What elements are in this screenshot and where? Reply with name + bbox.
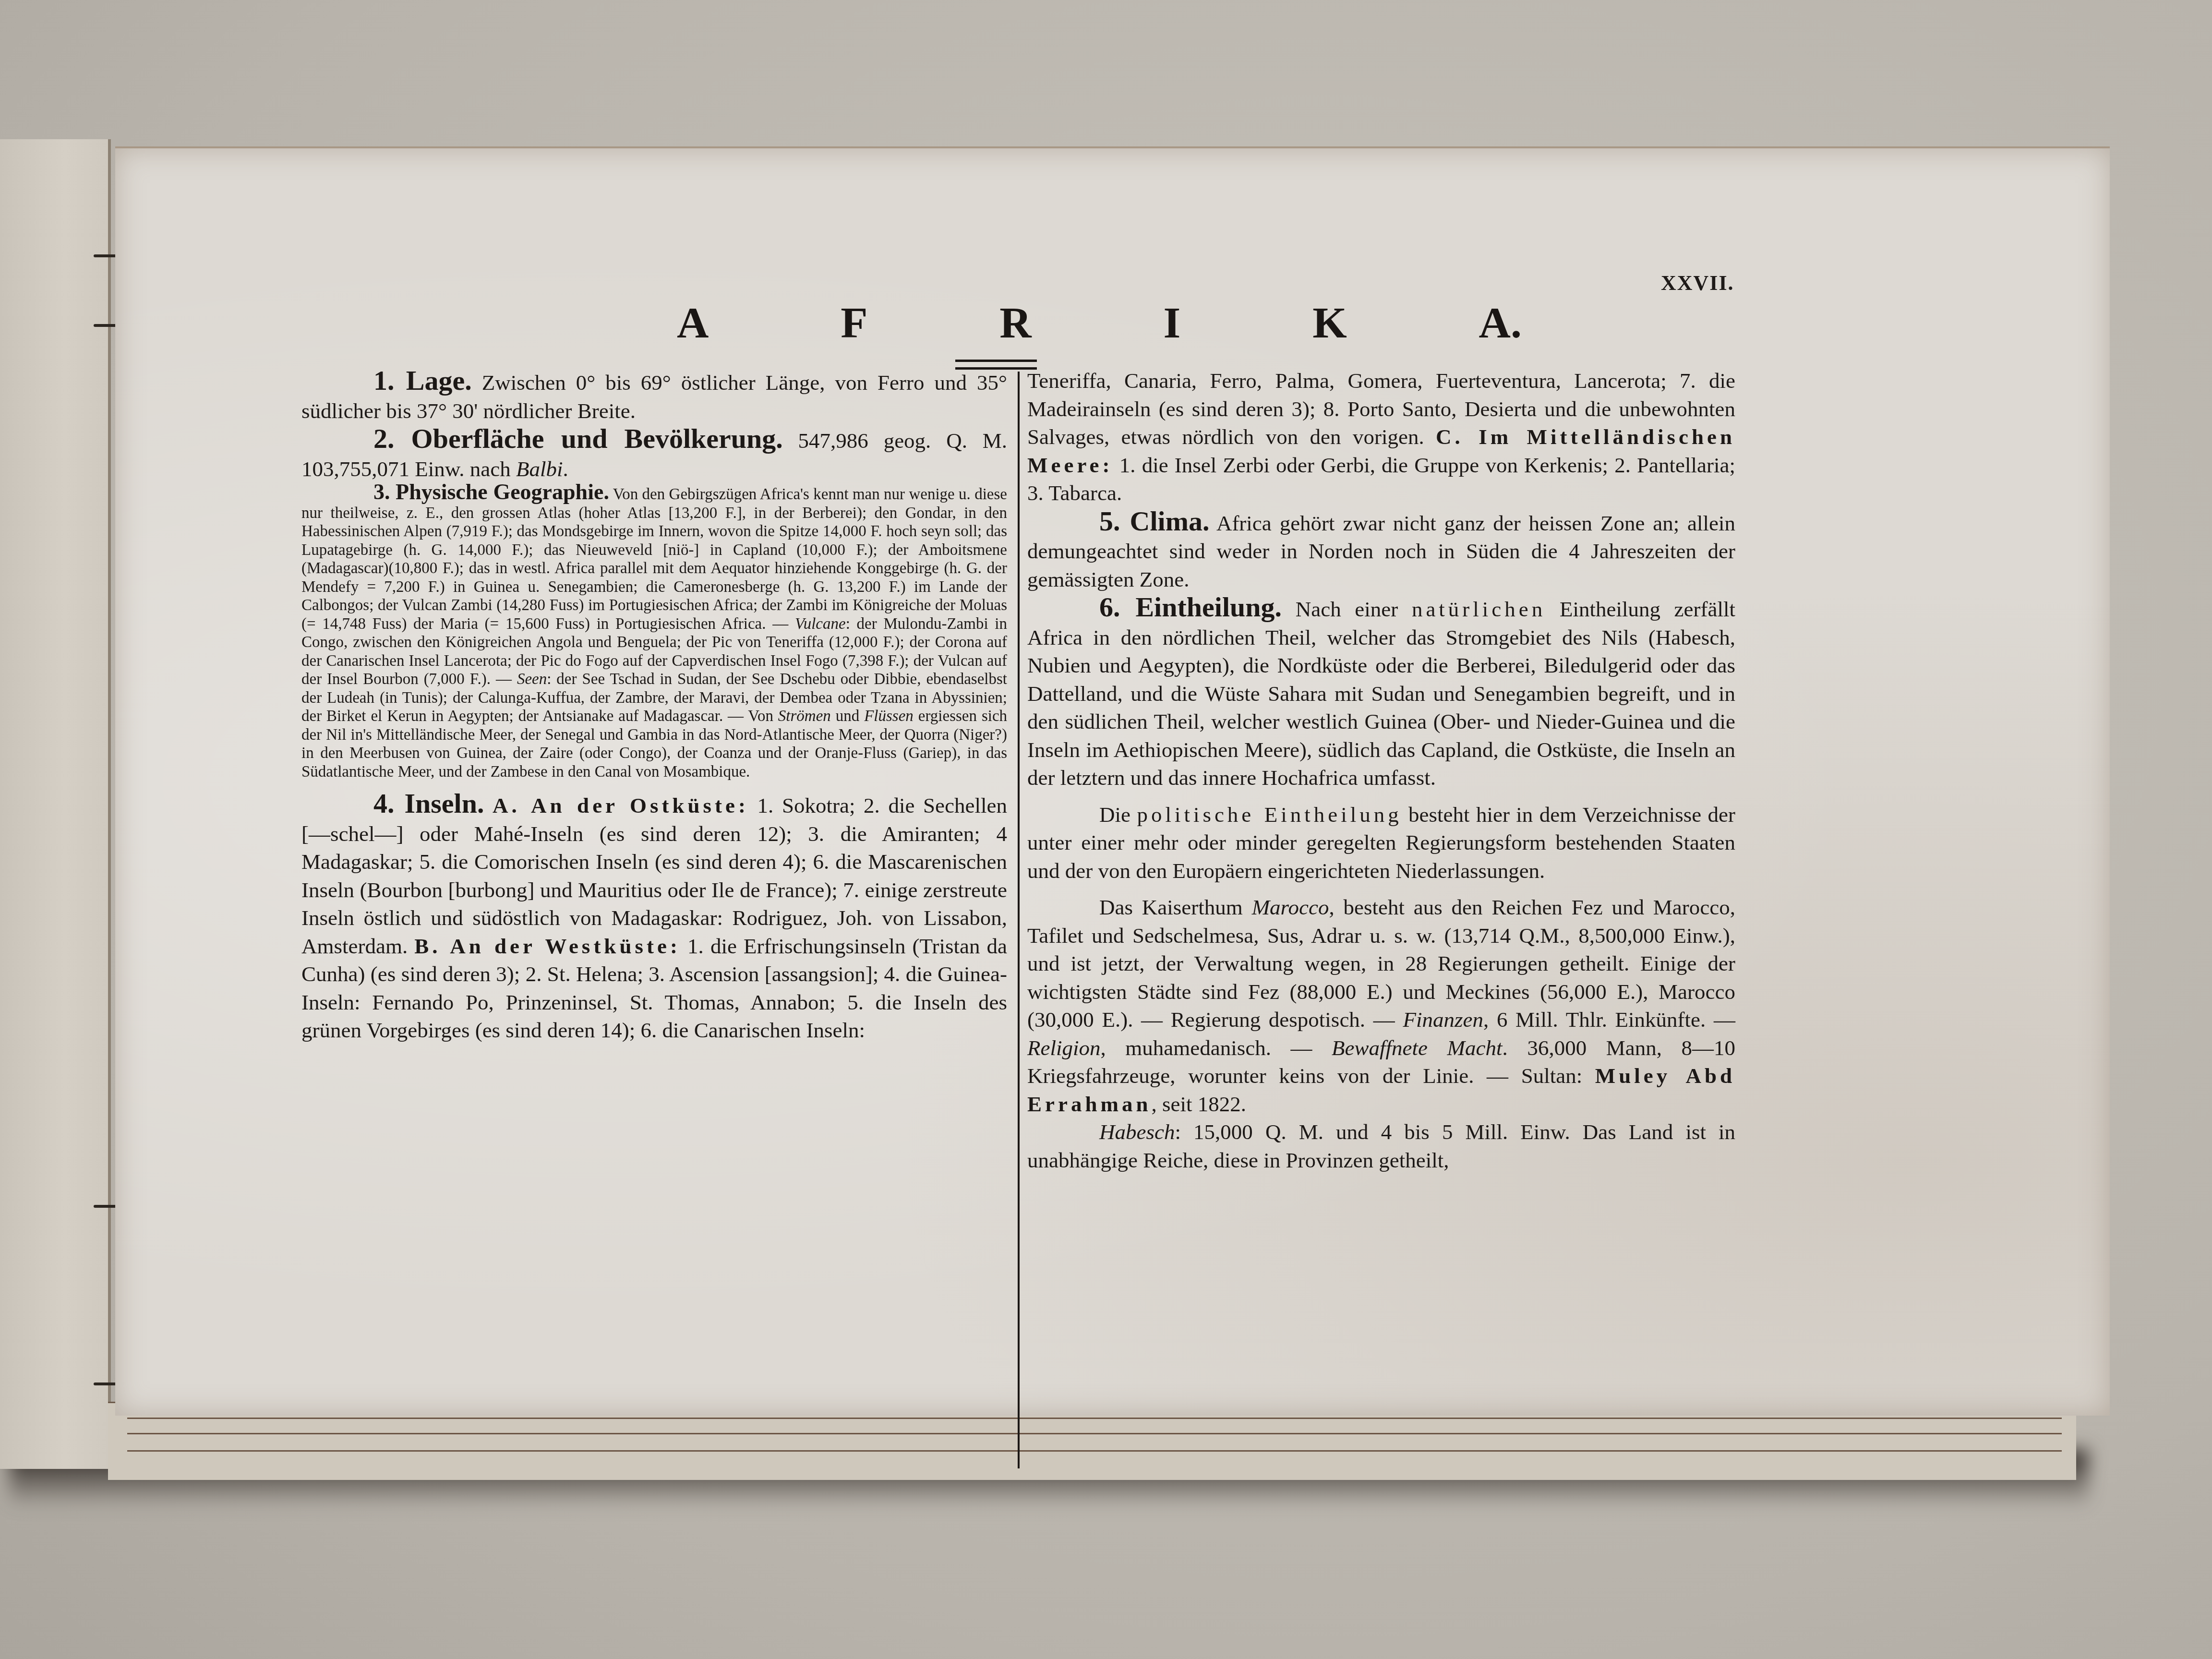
- section-inseln: 4. Inseln. A. An der Ostküste: 1. Sokotr…: [301, 790, 1007, 1045]
- title-letter: A: [677, 297, 709, 348]
- section-text: Von den Gebirgszügen Africa's kennt man …: [301, 486, 1007, 633]
- section-heading: 3. Physische Geographie.: [373, 480, 609, 504]
- book-page: XXVII. A F R I K A. 1. Lage. Zwischen 0°…: [115, 146, 2110, 1416]
- section-clima: 5. Clima. Africa gehört zwar nicht ganz …: [1027, 507, 1735, 594]
- right-column: Teneriffa, Canaria, Ferro, Palma, Gomera…: [1027, 367, 1735, 1174]
- title-letter: R: [999, 297, 1031, 348]
- title-letter: K: [1312, 297, 1347, 348]
- emphasis-politisch: politische Eintheilung: [1137, 803, 1402, 827]
- section-text: , 6 Mill. Thlr. Einkünfte. —: [1483, 1008, 1735, 1032]
- label-religion: Religion: [1027, 1036, 1100, 1060]
- section-oberflaeche: 2. Oberfläche und Bevölkerung. 547,986 g…: [301, 425, 1007, 483]
- paragraph-habesch: Habesch: 15,000 Q. M. und 4 bis 5 Mill. …: [1027, 1118, 1735, 1174]
- subheading-fluessen: Flüssen: [864, 708, 914, 725]
- binding-stitch: [94, 254, 117, 257]
- country-name: Habesch: [1099, 1120, 1175, 1144]
- section-eintheilung: 6. Eintheilung. Nach einer natürlichen E…: [1027, 593, 1735, 792]
- page-edge-line: [127, 1450, 2062, 1452]
- section-heading: 6. Eintheilung.: [1099, 591, 1282, 623]
- subheading-ostkueste: A. An der Ostküste:: [493, 793, 749, 817]
- label-finanzen: Finanzen: [1403, 1008, 1483, 1032]
- punctuation: .: [563, 457, 568, 481]
- column-divider: [1018, 372, 1020, 1468]
- subheading-seen: Seen: [517, 671, 547, 688]
- subheading-vulcane: Vulcane: [795, 615, 846, 633]
- section-heading: 5. Clima.: [1099, 505, 1210, 537]
- author-name: Balbi: [516, 457, 563, 481]
- section-heading: 2. Oberfläche und Bevölkerung.: [373, 423, 783, 454]
- page-edge-line: [127, 1433, 2062, 1434]
- page-title: A F R I K A.: [677, 297, 1522, 348]
- title-letter: I: [1164, 297, 1181, 348]
- section-text: Das Kaiserthum: [1099, 895, 1243, 919]
- section-text: , muhamedanisch. —: [1100, 1036, 1312, 1060]
- label-bewaffnete-macht: Bewaffnete Macht: [1332, 1036, 1502, 1060]
- binding-stitch: [94, 324, 117, 327]
- section-heading: 1. Lage.: [373, 365, 472, 396]
- subheading-stroemen: Strömen: [778, 708, 831, 725]
- left-column: 1. Lage. Zwischen 0° bis 69° östlicher L…: [301, 367, 1007, 1045]
- section-text: Eintheilung zerfällt Africa in den nördl…: [1027, 597, 1735, 790]
- section-text: Nach einer: [1296, 597, 1398, 621]
- section-text: , seit 1822.: [1152, 1092, 1247, 1116]
- title-rule: [955, 360, 1037, 362]
- subheading-westkueste: B. An der Westküste:: [414, 934, 681, 958]
- section-lage: 1. Lage. Zwischen 0° bis 69° östlicher L…: [301, 367, 1007, 425]
- country-name: Marocco: [1252, 895, 1329, 919]
- section-inseln-continued: Teneriffa, Canaria, Ferro, Palma, Gomera…: [1027, 367, 1735, 507]
- paragraph-politische-eintheilung: Die politische Eintheilung besteht hier …: [1027, 801, 1735, 885]
- title-letter: F: [841, 297, 867, 348]
- section-text: 1. die Insel Zerbi oder Gerbi, die Grupp…: [1027, 453, 1735, 505]
- section-physische-geographie: 3. Physische Geographie. Von den Gebirgs…: [301, 483, 1007, 781]
- title-letter: A.: [1479, 297, 1522, 348]
- page-number: XXVII.: [1661, 271, 1734, 295]
- section-heading: 4. Inseln.: [373, 788, 484, 819]
- binding-stitch: [94, 1382, 117, 1385]
- facing-page-left: [0, 139, 111, 1469]
- binding-stitch: [94, 1205, 117, 1208]
- section-text: Die: [1099, 803, 1130, 827]
- paragraph-marocco: Das Kaiserthum Marocco, besteht aus den …: [1027, 893, 1735, 1118]
- emphasis-natuerlich: natürlichen: [1412, 597, 1546, 621]
- conjunction: und: [836, 708, 860, 725]
- page-edge-line: [127, 1418, 2062, 1419]
